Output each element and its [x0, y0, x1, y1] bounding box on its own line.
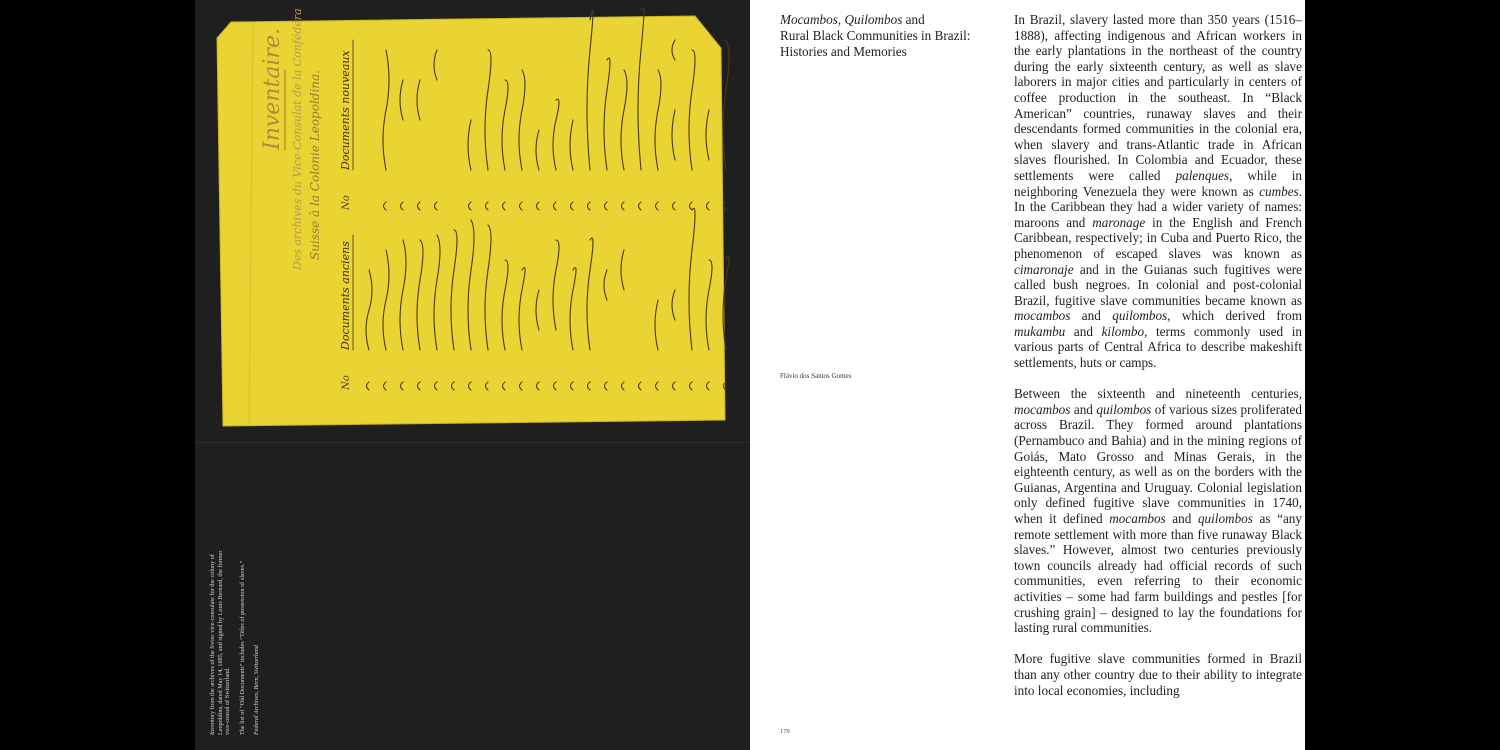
italic-term: mocambos: [1014, 308, 1070, 323]
article-title: Mocambos, Quilombos and Rural Black Comm…: [780, 12, 1000, 61]
left-page: Inventaire. Des archives du Vice-Consula…: [195, 0, 750, 750]
right-page: Mocambos, Quilombos and Rural Black Comm…: [750, 0, 1305, 750]
title-text: and: [902, 12, 924, 27]
italic-term: maronage: [1092, 215, 1145, 230]
italic-term: mocambos: [1109, 511, 1165, 526]
italic-term: quilombos: [1198, 511, 1253, 526]
title-italic-term: Mocambos: [780, 12, 838, 27]
italic-term: mocambos: [1014, 402, 1070, 417]
title-text: Rural Black Communities in Brazil:: [780, 28, 970, 43]
body-paragraph: In Brazil, slavery lasted more than 350 …: [1014, 12, 1302, 371]
article-body: In Brazil, slavery lasted more than 350 …: [1014, 12, 1302, 714]
book-spread: Inventaire. Des archives du Vice-Consula…: [195, 0, 1305, 750]
italic-term: cimaronaje: [1014, 262, 1074, 277]
caption-credit: Federal Archives, Bern, Switzerland: [253, 545, 261, 735]
author-name: Flávio dos Santos Gomes: [780, 372, 851, 380]
italic-term: kilombo: [1102, 324, 1145, 339]
svg-text:No: No: [341, 195, 352, 211]
svg-text:Suisse à la Colonie Leopoldina: Suisse à la Colonie Leopoldina.: [308, 70, 322, 260]
italic-term: mukambu: [1014, 324, 1065, 339]
italic-term: palenques: [1176, 168, 1229, 183]
italic-term: quilombos: [1096, 402, 1151, 417]
image-caption: Inventory from the archives of the Swiss…: [209, 545, 268, 735]
caption-paragraph: Inventory from the archives of the Swiss…: [209, 545, 232, 735]
svg-text:Des archives du Vice-Consulat: Des archives du Vice-Consulat de la Conf…: [291, 8, 304, 271]
body-paragraph: More fugitive slave communities formed i…: [1014, 651, 1302, 698]
body-paragraph: Between the sixteenth and nineteenth cen…: [1014, 386, 1302, 636]
page-divider-line: [195, 442, 750, 443]
svg-text:Inventaire.: Inventaire.: [260, 28, 285, 151]
caption-paragraph: The list of “Old Documents” includes “Ti…: [239, 545, 247, 735]
italic-term: quilombos: [1112, 308, 1167, 323]
title-text: Histories and Memories: [780, 44, 907, 59]
svg-text:Documents nouveaux: Documents nouveaux: [339, 50, 352, 171]
svg-text:Documents anciens: Documents anciens: [339, 241, 352, 351]
italic-term: cumbes: [1259, 184, 1299, 199]
inventory-document-image: Inventaire. Des archives du Vice-Consula…: [209, 8, 739, 438]
page-number: 179: [780, 728, 790, 735]
title-italic-term: Quilombos: [844, 12, 902, 27]
svg-text:No: No: [341, 375, 352, 391]
